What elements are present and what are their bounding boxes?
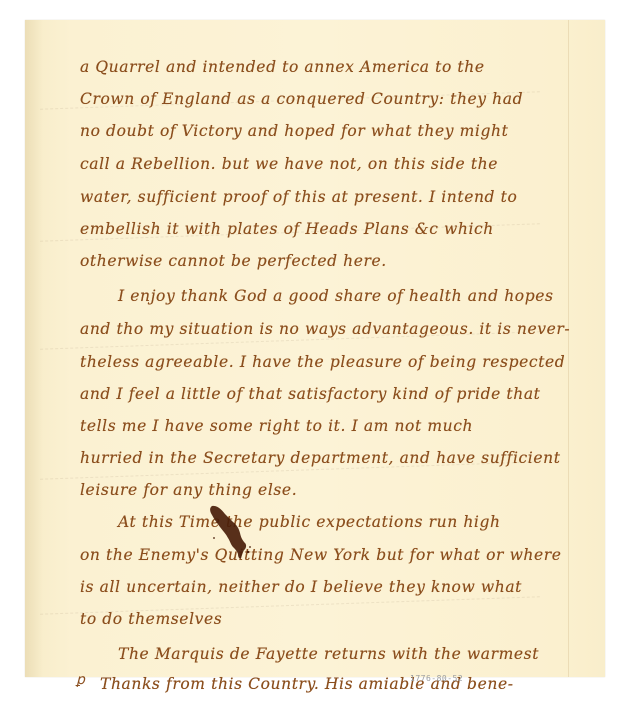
- manuscript-line: At this Time the public expectations run…: [118, 513, 501, 531]
- manuscript-line: I enjoy thank God a good share of health…: [118, 287, 554, 305]
- manuscript-line: tells me I have some right to it. I am n…: [80, 417, 473, 435]
- manuscript-line: water, sufficient proof of this at prese…: [80, 188, 517, 206]
- manuscript-line: on the Enemy's Quitting New York but for…: [80, 546, 562, 564]
- manuscript-line: no doubt of Victory and hoped for what t…: [80, 122, 508, 140]
- manuscript-line: hurried in the Secretary department, and…: [80, 449, 561, 467]
- manuscript-line: leisure for any thing else.: [80, 481, 297, 499]
- ink-blot-icon: [208, 505, 252, 559]
- manuscript-line: and I feel a little of that satisfactory…: [80, 385, 541, 403]
- manuscript-line: embellish it with plates of Heads Plans …: [80, 220, 494, 238]
- manuscript-line: theless agreeable. I have the pleasure o…: [80, 353, 565, 371]
- manuscript-line: is all uncertain, neither do I believe t…: [80, 578, 522, 596]
- manuscript-line: call a Rebellion. but we have not, on th…: [80, 155, 498, 173]
- manuscript-line: Crown of England as a conquered Country:…: [80, 90, 523, 108]
- manuscript-line: a Quarrel and intended to annex America …: [80, 58, 485, 76]
- manuscript-line: The Marquis de Fayette returns with the …: [118, 645, 539, 663]
- catalog-number: 1776-80-52: [410, 674, 463, 683]
- manuscript-line: and tho my situation is no ways advantag…: [80, 320, 570, 338]
- manuscript-line: to do themselves: [80, 610, 222, 628]
- manuscript-line: otherwise cannot be perfected here.: [80, 252, 387, 270]
- margin-mark: ꝑ: [76, 672, 85, 688]
